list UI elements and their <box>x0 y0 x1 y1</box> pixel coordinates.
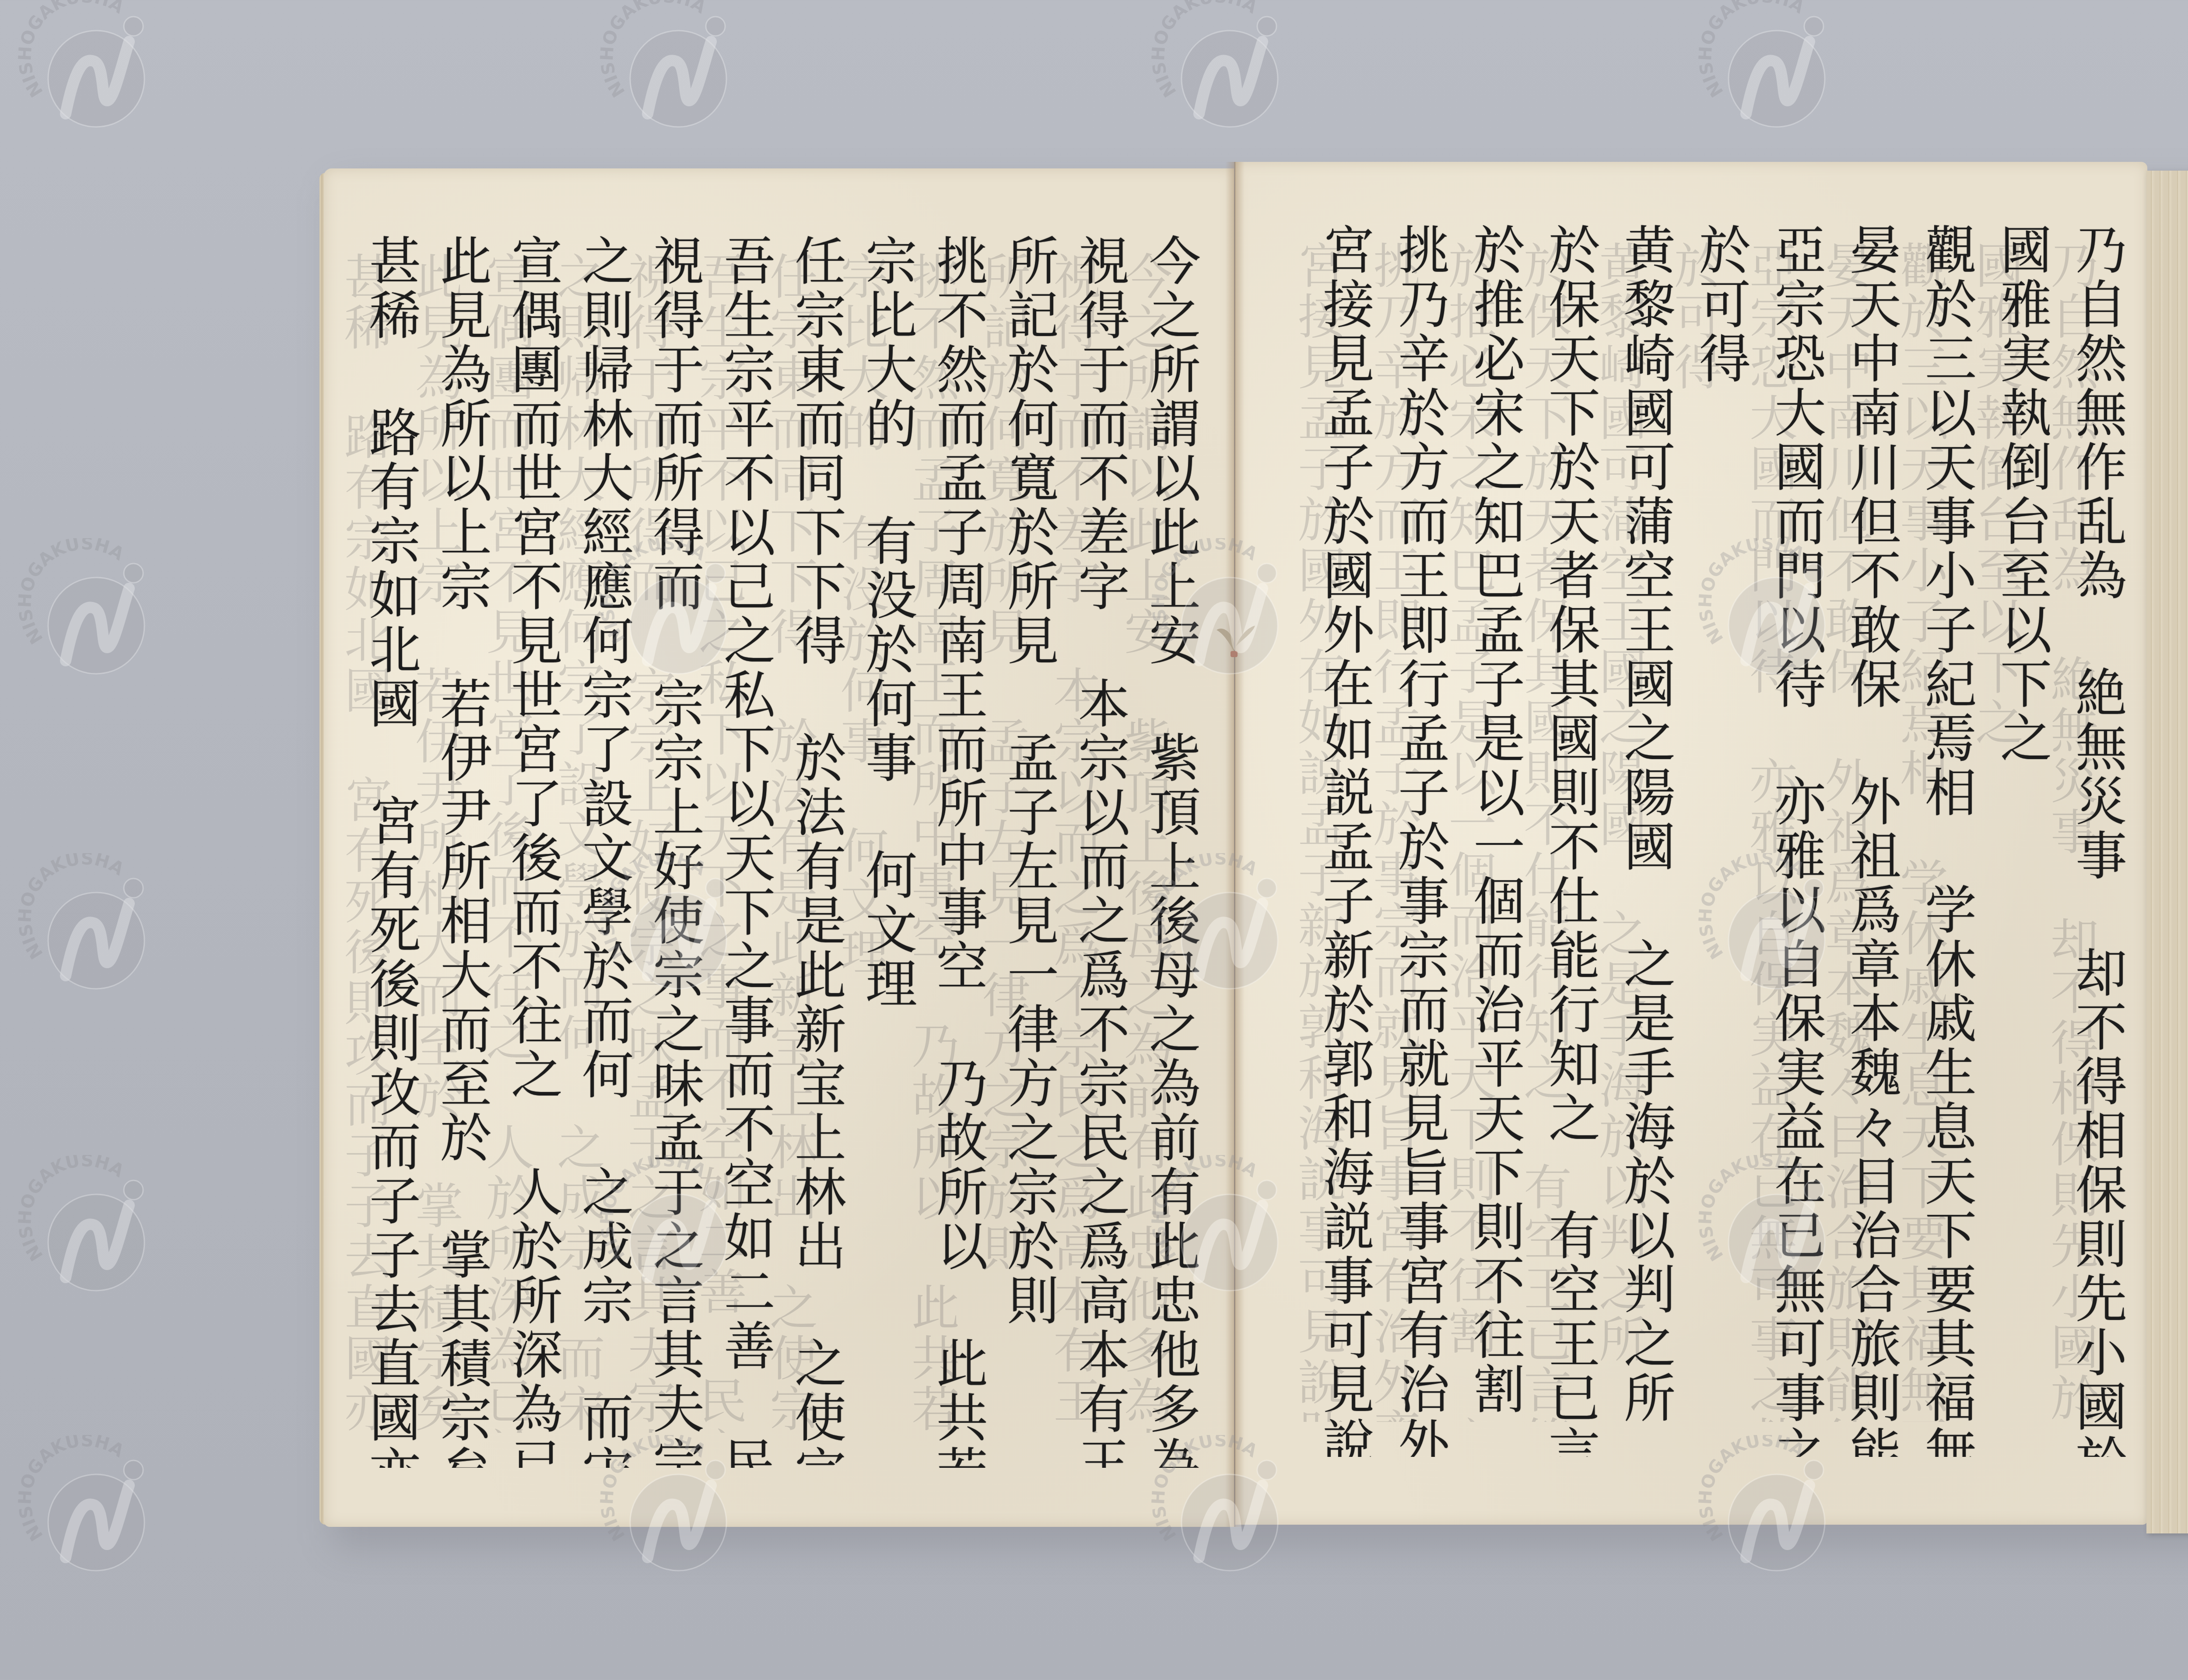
svg-text:NISHOGAKUSHA: NISHOGAKUSHA <box>18 1155 127 1264</box>
left-page: 今之所謂以此上安 紫頂上後母之為前有此忠他多為本於人今之所謂以此上安 紫頂上後母… <box>324 168 1234 1527</box>
nishogakusha-logo-icon: NISHOGAKUSHA <box>18 1155 175 1312</box>
text-column: 今之所謂以此上安 紫頂上後母之為前有此忠他多為本於人 <box>1133 234 1208 1468</box>
text-column: 吾生宗平不以己之私下以天下之事而不空如二善 民亦其所而而宗以其所以宗時 <box>708 234 782 1468</box>
nishogakusha-logo-icon: NISHOGAKUSHA <box>18 853 175 1011</box>
svg-text:NISHOGAKUSHA: NISHOGAKUSHA <box>1698 0 1808 101</box>
nishogakusha-logo-icon: NISHOGAKUSHA <box>18 538 175 696</box>
text-column: 於保天下於天者保其國則不仕能行知之 有空王已言節宰亦之序見其無知時 <box>1533 223 1607 1457</box>
text-column: 宣偶團而世宮不見世宮了後而不往之 人於所深為已於而我亦見世宗而宗宗 <box>495 234 570 1468</box>
right-page: 乃自然無作乱為 絶無災事 却不得相保則先小國於大而以國王號爲末楷掛情思實海乃自然… <box>1235 162 2147 1525</box>
text-column: 觀於三以天事小子紀焉相 学休戚生息天下要其福無不在安平 諸侯天下 <box>1909 223 1984 1457</box>
text-column: 視得于而所得而 宗宗上好使宗之味孟于之言其夫宗上財量理大此為所說 <box>637 234 712 1468</box>
svg-text:NISHOGAKUSHA: NISHOGAKUSHA <box>1151 0 1261 101</box>
text-column: 亞宗恐大國而門以待 亦雅以自保実益在已無可事之勢在然無患所於本 <box>1759 223 1833 1457</box>
binding-tie-icon <box>1212 612 1256 669</box>
svg-text:NISHOGAKUSHA: NISHOGAKUSHA <box>18 1435 127 1544</box>
text-column: 挑乃辛於方而王即行孟子於事宗而就見旨事宮有治外齊王偶於當 <box>1382 223 1457 1457</box>
nishogakusha-logo-icon: NISHOGAKUSHA <box>18 1435 175 1592</box>
text-column: 此見為所以上宗 若伊尹所相大而至於 掌其積宗矣 又何甲後宗宗見宗宗見大宗於龍 <box>424 234 499 1468</box>
text-column: 國雅実執倒台至以下之 <box>1985 223 2059 1457</box>
nishogakusha-logo-icon: NISHOGAKUSHA <box>1151 0 1308 149</box>
right-page-edge-stack <box>2146 171 2188 1533</box>
nishogakusha-logo-icon: NISHOGAKUSHA <box>1698 0 1855 149</box>
nishogakusha-logo-icon: NISHOGAKUSHA <box>18 0 175 149</box>
text-column: 視得于而不差字 本宗以而之爲不宗民之爲高本有王而為先此於再不要天下通于其 <box>1062 234 1137 1468</box>
text-column: 挑不然而孟子周南王而所中事空 乃故所以 此共若能孟于於已宗王親見之所在於 <box>921 234 995 1468</box>
text-column: 之則帰林大經應何宗了設文學於而何 之成宗 而宋講者其宗所以本所以本所以所 <box>566 234 641 1468</box>
text-column: 晏天中南川但不敢保 外祖爲章本魏々目治合旅則能徳度不敢遣逸求 <box>1834 223 1908 1457</box>
nishogakusha-logo-icon: NISHOGAKUSHA <box>600 0 757 149</box>
text-column: 所記於何寬於所見 孟子左見一律方之宗於則 <box>992 234 1066 1468</box>
svg-text:NISHOGAKUSHA: NISHOGAKUSHA <box>18 538 127 647</box>
text-column: 於推必宋之知巴孟子是以一個而治平天下則不往割 亦不能隨是 予何之卓宗已 <box>1458 223 1532 1457</box>
svg-text:NISHOGAKUSHA: NISHOGAKUSHA <box>600 0 709 101</box>
text-column: 甚稀 路有宗如北國 宮有死後則攻而子子去直國亦後死 則其平不為之 <box>354 234 428 1468</box>
svg-text:NISHOGAKUSHA: NISHOGAKUSHA <box>18 0 127 101</box>
text-column: 宮接見孟子於國外在如説孟子新於郭和海説事可見說助赤有 此於平方貴內不平此手孫宛不… <box>1307 223 1382 1457</box>
text-column: 宗比大的 有没於何事 何文理 <box>850 234 924 1468</box>
book-gutter-spine <box>1225 162 1245 1527</box>
svg-text:NISHOGAKUSHA: NISHOGAKUSHA <box>18 853 127 962</box>
text-column: 任宗東而同下下得 於法有是此新宝上林出 之使宗宗亦安其前以其可 天亦宗行宗說 <box>779 234 853 1468</box>
text-column: 於可得 <box>1683 223 1758 1457</box>
text-column: 乃自然無作乱為 絶無災事 却不得相保則先小國於大而以國王號爲末楷掛情思實海 <box>2060 223 2134 1457</box>
text-column: 黄黎崎國可蒲空王國之陽國 之是手海於以判之所 於祥雅告 孟子曰以平天 <box>1608 223 1683 1457</box>
